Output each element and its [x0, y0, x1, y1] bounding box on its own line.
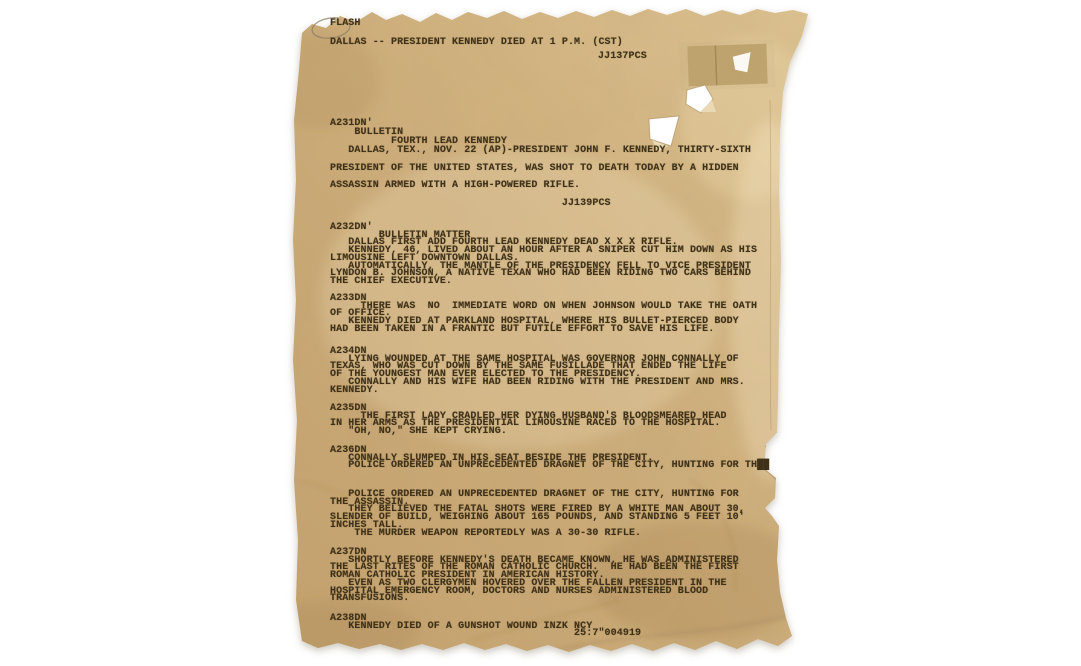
bulletin-section-a234: A234DN LYING WOUNDED AT THE SAME HOSPITA…: [330, 348, 745, 394]
bulletin-section-a238: A238DN KENNEDY DIED OF A GUNSHOT WOUND I…: [330, 615, 641, 638]
flash-headline: DALLAS -- PRESIDENT KENNEDY DIED AT 1 P.…: [330, 39, 623, 47]
bulletin-section-a237: A237DN SHORTLY BEFORE KENNEDY'S DEATH BE…: [330, 549, 739, 603]
bulletin-section-a236: A236DN CONNALLY SLUMPED IN HIS SEAT BESI…: [330, 447, 769, 470]
bulletin-section-a235: A235DN THE FIRST LADY CRADLED HER DYING …: [330, 405, 727, 436]
bulletin-section-a232: A232DN' BULLETIN MATTER DALLAS FIRST ADD…: [330, 224, 757, 286]
photo-backdrop: FLASH DALLAS -- PRESIDENT KENNEDY DIED A…: [0, 0, 1081, 666]
wire-signature-top: JJ137PCS: [598, 53, 647, 61]
flash-label: FLASH: [330, 20, 361, 28]
bulletin-section-a233: A233DN THERE WAS NO IMMEDIATE WORD ON WH…: [330, 295, 757, 334]
bulletin-section-repeat: POLICE ORDERED AN UNPRECEDENTED DRAGNET …: [330, 491, 745, 537]
typed-text-layer: FLASH DALLAS -- PRESIDENT KENNEDY DIED A…: [0, 0, 1081, 666]
bulletin-section-a231: A231DN' BULLETIN FOURTH LEAD KENNEDY DAL…: [330, 120, 751, 209]
